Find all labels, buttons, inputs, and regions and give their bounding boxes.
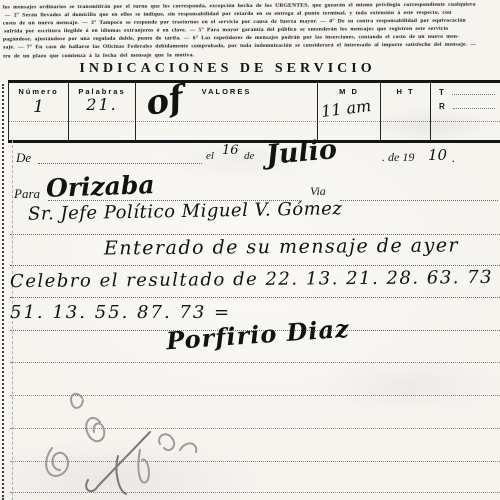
date-de2: . de 19	[382, 150, 414, 165]
scribble-stroke	[71, 394, 83, 408]
date-end-dot: .	[452, 150, 455, 166]
label-via: Via	[310, 184, 326, 199]
date-year: 10	[428, 146, 447, 164]
left-perforation-edge	[2, 84, 4, 500]
ruled-line	[10, 362, 500, 363]
table-cell-md: M D 11 am	[318, 83, 381, 140]
scribble-stroke	[159, 434, 174, 450]
message-addressee: Sr. Jefe Político Miguel V. Gómez	[28, 198, 343, 224]
date-day: 16	[222, 143, 239, 158]
t-line: T	[439, 88, 495, 97]
valores-paraph: of	[143, 78, 187, 124]
service-table: Número 1 Palabras 21. VALORES of M D 11 …	[8, 80, 500, 143]
column-header-ht: H T	[381, 87, 430, 96]
t-dotted-blank	[452, 94, 495, 95]
date-de1: de	[244, 150, 254, 162]
scribble-stroke	[138, 450, 149, 483]
r-dotted-blank	[453, 108, 495, 109]
table-cell-palabras: Palabras 21.	[69, 83, 136, 140]
via-blank-line	[340, 186, 498, 201]
table-cell-ht: H T	[381, 83, 431, 140]
fine-print-line: saje. — 7° En caso de hallarse las Ofici…	[3, 41, 497, 52]
ruled-line	[10, 265, 500, 266]
column-header-numero: Número	[9, 87, 68, 96]
de-blank-line	[38, 149, 202, 164]
table-cell-t-r: T R	[431, 83, 500, 140]
label-r: R	[439, 102, 445, 111]
scribble-stroke	[180, 443, 196, 452]
table-cell-numero: Número 1	[9, 83, 69, 140]
telegram-conditions-fine-print: los mensajes ordinarios se transmitirán …	[3, 0, 497, 60]
value-numero: 1	[9, 97, 68, 117]
label-t: T	[439, 88, 444, 97]
value-md-time: 11 am	[320, 96, 372, 121]
date-el: el	[206, 150, 214, 162]
date-month: Julio	[265, 134, 338, 171]
table-cell-valores: VALORES of	[136, 83, 318, 140]
message-line-1: Enterado de su mensaje de ayer	[104, 234, 459, 259]
label-para: Para	[14, 186, 40, 202]
from-date-row: De el 16 de Julio . de 19 10 .	[14, 146, 494, 172]
label-de: De	[16, 150, 31, 166]
r-line: R	[439, 102, 495, 111]
ruled-line	[10, 297, 500, 298]
column-header-md: M D	[318, 87, 380, 96]
message-line-2: Celebro el resultado de 22. 13. 21. 28. …	[10, 267, 493, 292]
section-title: INDICACIONES DE SERVICIO	[0, 61, 455, 77]
scribble-stroke	[46, 448, 68, 476]
message-line-3: 51. 13. 55. 87. 73 =	[10, 302, 231, 323]
value-palabras: 21.	[69, 95, 135, 114]
fine-print-line: tro de un plazo que comienza á la fecha …	[3, 51, 230, 60]
pencil-scribble-marks	[22, 386, 252, 498]
scribble-stroke	[86, 418, 104, 441]
